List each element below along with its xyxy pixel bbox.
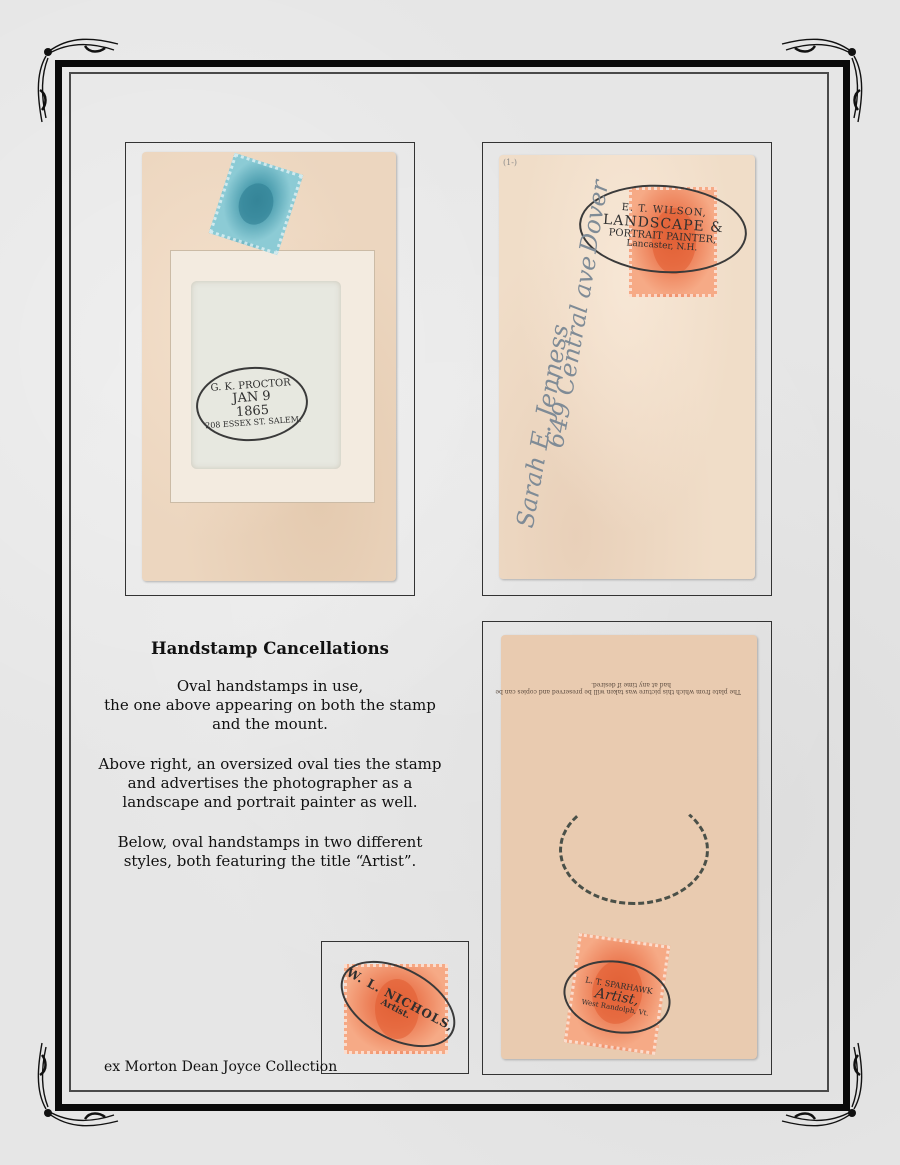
mount-box-sparhawk: The plate from which this picture was ta…: [482, 621, 772, 1075]
carte-de-visite-sparhawk: The plate from which this picture was ta…: [501, 635, 757, 1059]
carte-de-visite-wilson: (1-) E. T. WILSON, LANDSCAPE & PORTRAIT …: [499, 155, 755, 579]
carte-de-visite-proctor: G. K. PROCTOR JAN 9 1865 208 ESSEX ST. S…: [142, 152, 396, 581]
description-line: styles, both featuring the title “Artist…: [95, 852, 445, 871]
description-line: Oval handstamps in use,: [95, 677, 445, 696]
fine-print: The plate from which this picture was ta…: [521, 681, 741, 695]
mount-box-proctor: G. K. PROCTOR JAN 9 1865 208 ESSEX ST. S…: [125, 142, 415, 596]
mount-box-nichols: W. L. NICHOLS, Artist.: [321, 941, 469, 1074]
description-line: and advertises the photographer as a: [95, 774, 445, 793]
corner-flourish-icon: [780, 30, 870, 120]
collection-credit: ex Morton Dean Joyce Collection: [104, 1059, 337, 1075]
description-line: and the mount.: [95, 715, 445, 734]
description-line: Below, oval handstamps in two different: [95, 833, 445, 852]
fine-print-line: had at any time if desired.: [521, 681, 741, 688]
description-block: Handstamp Cancellations Oval handstamps …: [95, 639, 445, 871]
revenue-stamp-blue: [209, 153, 303, 255]
laurel-wreath-icon: [559, 795, 709, 905]
description-line: Above right, an oversized oval ties the …: [95, 755, 445, 774]
section-title: Handstamp Cancellations: [95, 639, 445, 658]
pencil-note: (1-): [503, 158, 517, 167]
fine-print-line: The plate from which this picture was ta…: [521, 688, 741, 695]
description-line: landscape and portrait painter as well.: [95, 793, 445, 812]
corner-flourish-icon: [780, 1045, 870, 1135]
mount-box-wilson: (1-) E. T. WILSON, LANDSCAPE & PORTRAIT …: [482, 142, 772, 596]
description-line: the one above appearing on both the stam…: [95, 696, 445, 715]
corner-flourish-icon: [30, 30, 120, 120]
cancel-line: 208 ESSEX ST. SALEM.: [205, 415, 302, 430]
